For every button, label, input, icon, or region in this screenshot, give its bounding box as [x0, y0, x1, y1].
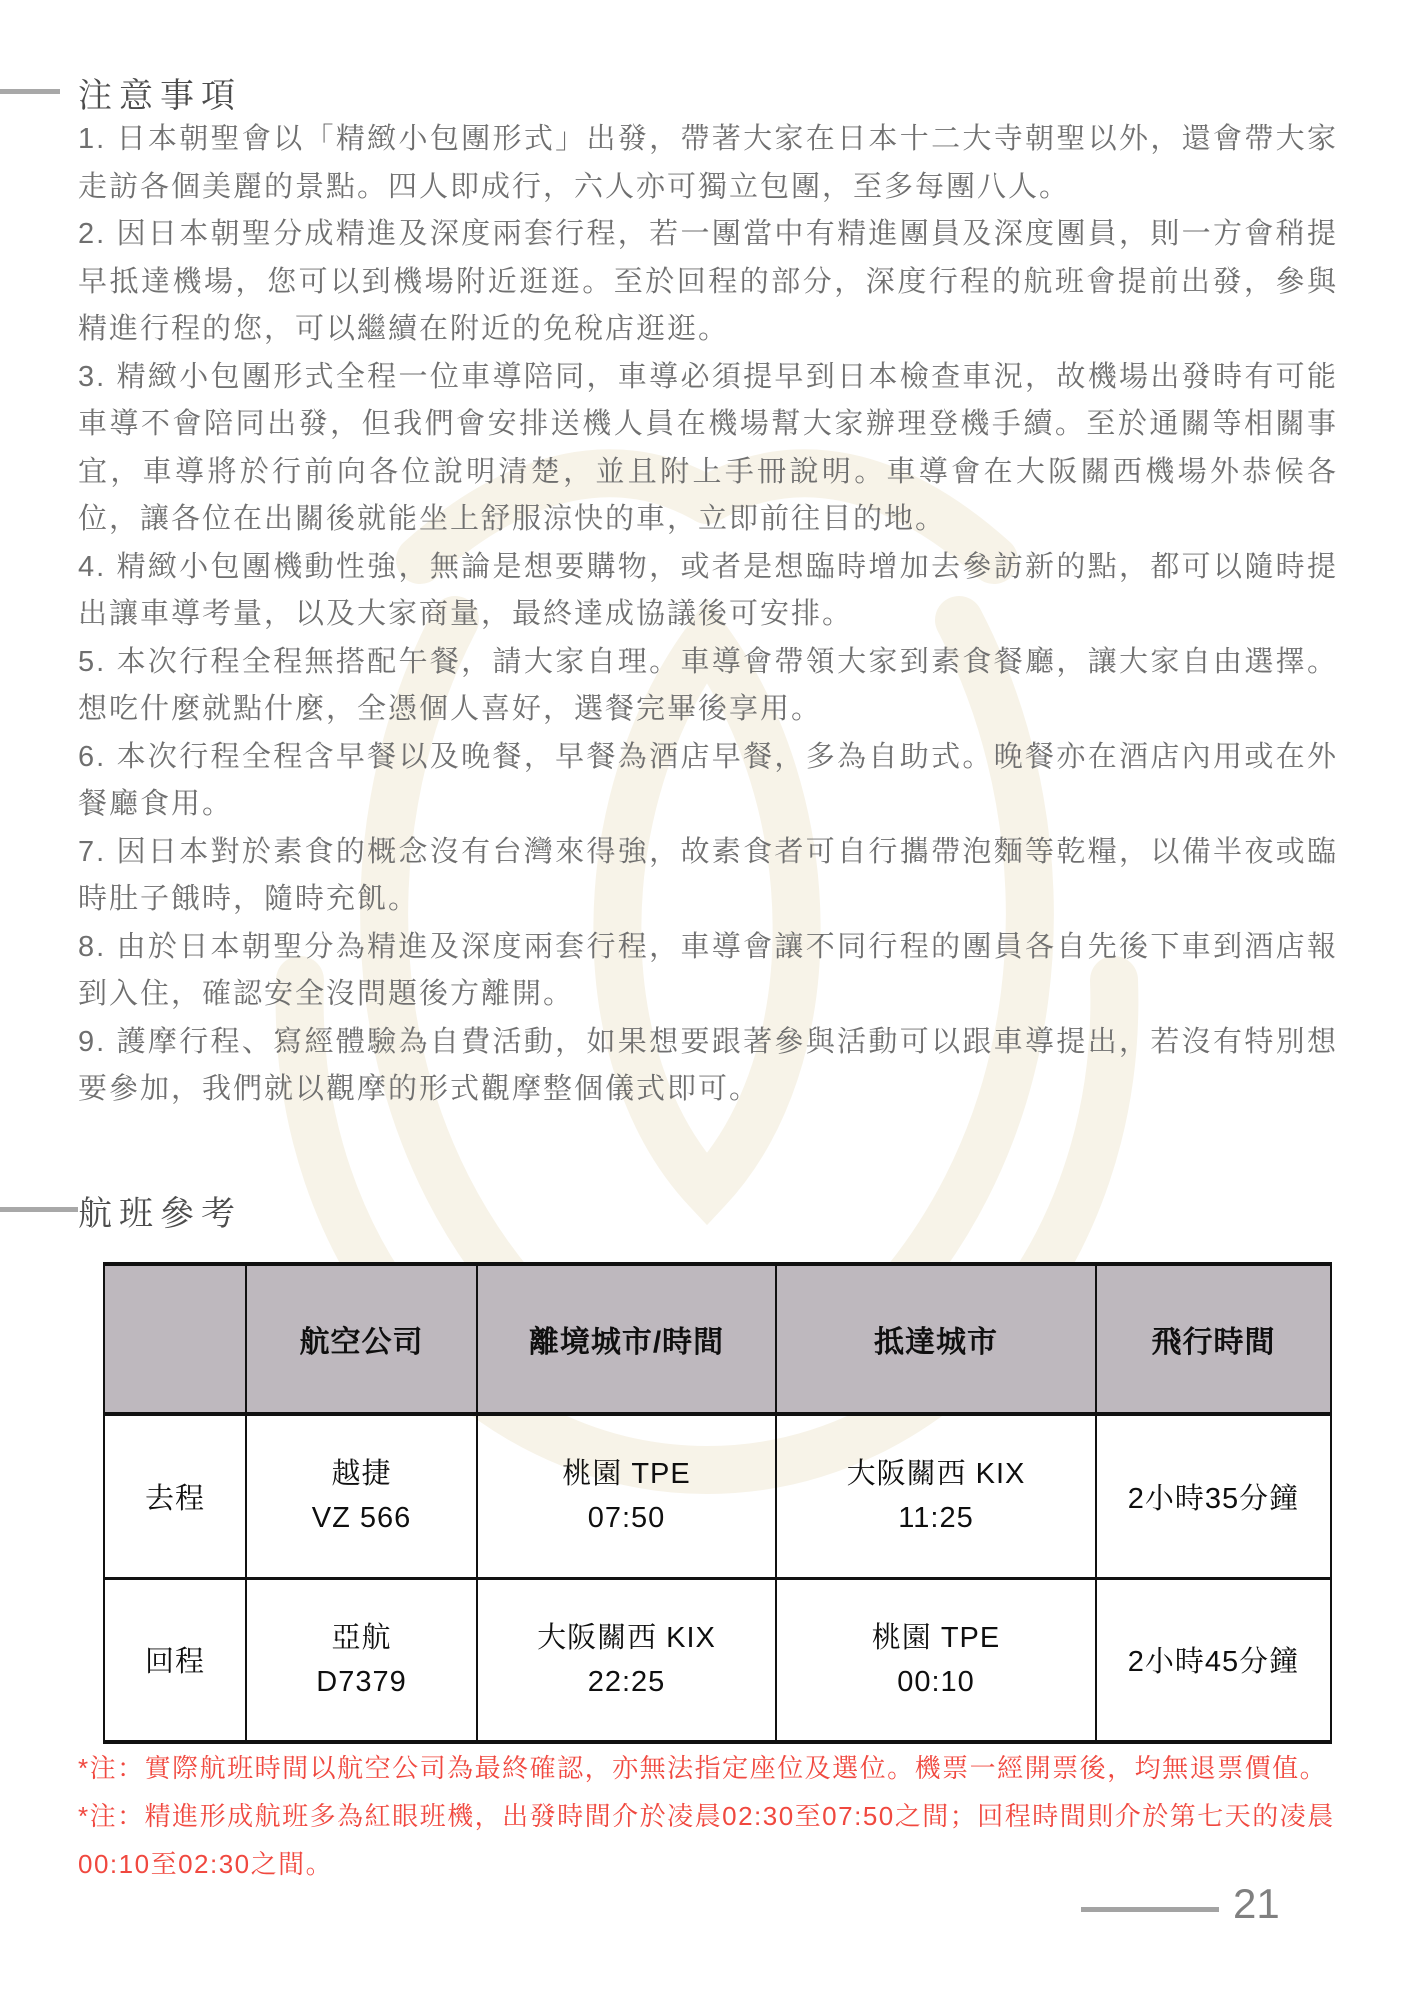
footnote-1: *注：實際航班時間以航空公司為最終確認，亦無法指定座位及選位。機票一經開票後，均…	[78, 1744, 1348, 1792]
airline-cell: 亞航 D7379	[246, 1578, 477, 1742]
departure-time: 22:25	[478, 1660, 775, 1704]
footer-rule	[1081, 1907, 1219, 1912]
note-item-3: 3. 精緻小包團形式全程一位車導陪同，車導必須提早到日本檢查車況，故機場出發時有…	[78, 354, 1338, 544]
document-page: 注意事項 1. 日本朝聖會以「精緻小包團形式」出發，帶著大家在日本十二大寺朝聖以…	[0, 0, 1414, 2000]
arrival-cell: 大阪關西 KIX 11:25	[776, 1414, 1096, 1578]
departure-cell: 大阪關西 KIX 22:25	[477, 1578, 776, 1742]
col-header-duration: 飛行時間	[1096, 1264, 1331, 1414]
airline-cell: 越捷 VZ 566	[246, 1414, 477, 1578]
note-item-4: 4. 精緻小包團機動性強，無論是想要購物，或者是想臨時增加去參訪新的點，都可以隨…	[78, 544, 1338, 639]
page-footer: 21	[0, 1880, 1414, 1940]
table-header-row: 航空公司 離境城市/時間 抵達城市 飛行時間	[104, 1264, 1331, 1414]
note-item-1: 1. 日本朝聖會以「精緻小包團形式」出發，帶著大家在日本十二大寺朝聖以外，還會帶…	[78, 116, 1338, 211]
note-item-7: 7. 因日本對於素食的概念沒有台灣來得強，故素食者可自行攜帶泡麵等乾糧，以備半夜…	[78, 829, 1338, 924]
note-item-5: 5. 本次行程全程無搭配午餐，請大家自理。車導會帶領大家到素食餐廳，讓大家自由選…	[78, 639, 1338, 734]
note-item-2: 2. 因日本朝聖分成精進及深度兩套行程，若一團當中有精進團員及深度團員，則一方會…	[78, 211, 1338, 354]
row-label: 回程	[104, 1578, 246, 1742]
flight-number: D7379	[247, 1660, 476, 1704]
arrival-time: 11:25	[777, 1496, 1095, 1540]
notes-list: 1. 日本朝聖會以「精緻小包團形式」出發，帶著大家在日本十二大寺朝聖以外，還會帶…	[78, 116, 1338, 1114]
col-header-departure: 離境城市/時間	[477, 1264, 776, 1414]
departure-city: 桃園 TPE	[478, 1452, 775, 1496]
section-heading-notes: 注意事項	[0, 68, 1414, 116]
section-heading-flights: 航班參考	[0, 1186, 1414, 1234]
col-header-blank	[104, 1264, 246, 1414]
heading-rule	[0, 1207, 78, 1212]
arrival-city: 桃園 TPE	[777, 1616, 1095, 1660]
page-number: 21	[1233, 1880, 1280, 1928]
departure-cell: 桃園 TPE 07:50	[477, 1414, 776, 1578]
duration-cell: 2小時45分鐘	[1096, 1578, 1331, 1742]
departure-time: 07:50	[478, 1496, 775, 1540]
table-row-return: 回程 亞航 D7379 大阪關西 KIX 22:25 桃園 TPE 00:10 …	[104, 1578, 1331, 1742]
note-item-8: 8. 由於日本朝聖分為精進及深度兩套行程，車導會讓不同行程的團員各自先後下車到酒…	[78, 924, 1338, 1019]
col-header-airline: 航空公司	[246, 1264, 477, 1414]
departure-city: 大阪關西 KIX	[478, 1616, 775, 1660]
duration-cell: 2小時35分鐘	[1096, 1414, 1331, 1578]
arrival-time: 00:10	[777, 1660, 1095, 1704]
airline-name: 亞航	[247, 1616, 476, 1660]
note-item-6: 6. 本次行程全程含早餐以及晚餐，早餐為酒店早餐，多為自助式。晚餐亦在酒店內用或…	[78, 734, 1338, 829]
flights-section-title: 航班參考	[78, 1186, 242, 1235]
heading-rule	[0, 89, 60, 94]
arrival-cell: 桃園 TPE 00:10	[776, 1578, 1096, 1742]
flight-number: VZ 566	[247, 1496, 476, 1540]
footnote-2: *注：精進形成航班多為紅眼班機，出發時間介於凌晨02:30至07:50之間；回程…	[78, 1792, 1348, 1888]
table-row-outbound: 去程 越捷 VZ 566 桃園 TPE 07:50 大阪關西 KIX 11:25…	[104, 1414, 1331, 1578]
notes-section-title: 注意事項	[78, 68, 242, 117]
airline-name: 越捷	[247, 1452, 476, 1496]
arrival-city: 大阪關西 KIX	[777, 1452, 1095, 1496]
col-header-arrival: 抵達城市	[776, 1264, 1096, 1414]
note-item-9: 9. 護摩行程、寫經體驗為自費活動，如果想要跟著參與活動可以跟車導提出，若沒有特…	[78, 1019, 1338, 1114]
flight-table: 航空公司 離境城市/時間 抵達城市 飛行時間 去程 越捷 VZ 566 桃園 T…	[103, 1262, 1332, 1744]
row-label: 去程	[104, 1414, 246, 1578]
flight-footnotes: *注：實際航班時間以航空公司為最終確認，亦無法指定座位及選位。機票一經開票後，均…	[78, 1744, 1348, 1888]
